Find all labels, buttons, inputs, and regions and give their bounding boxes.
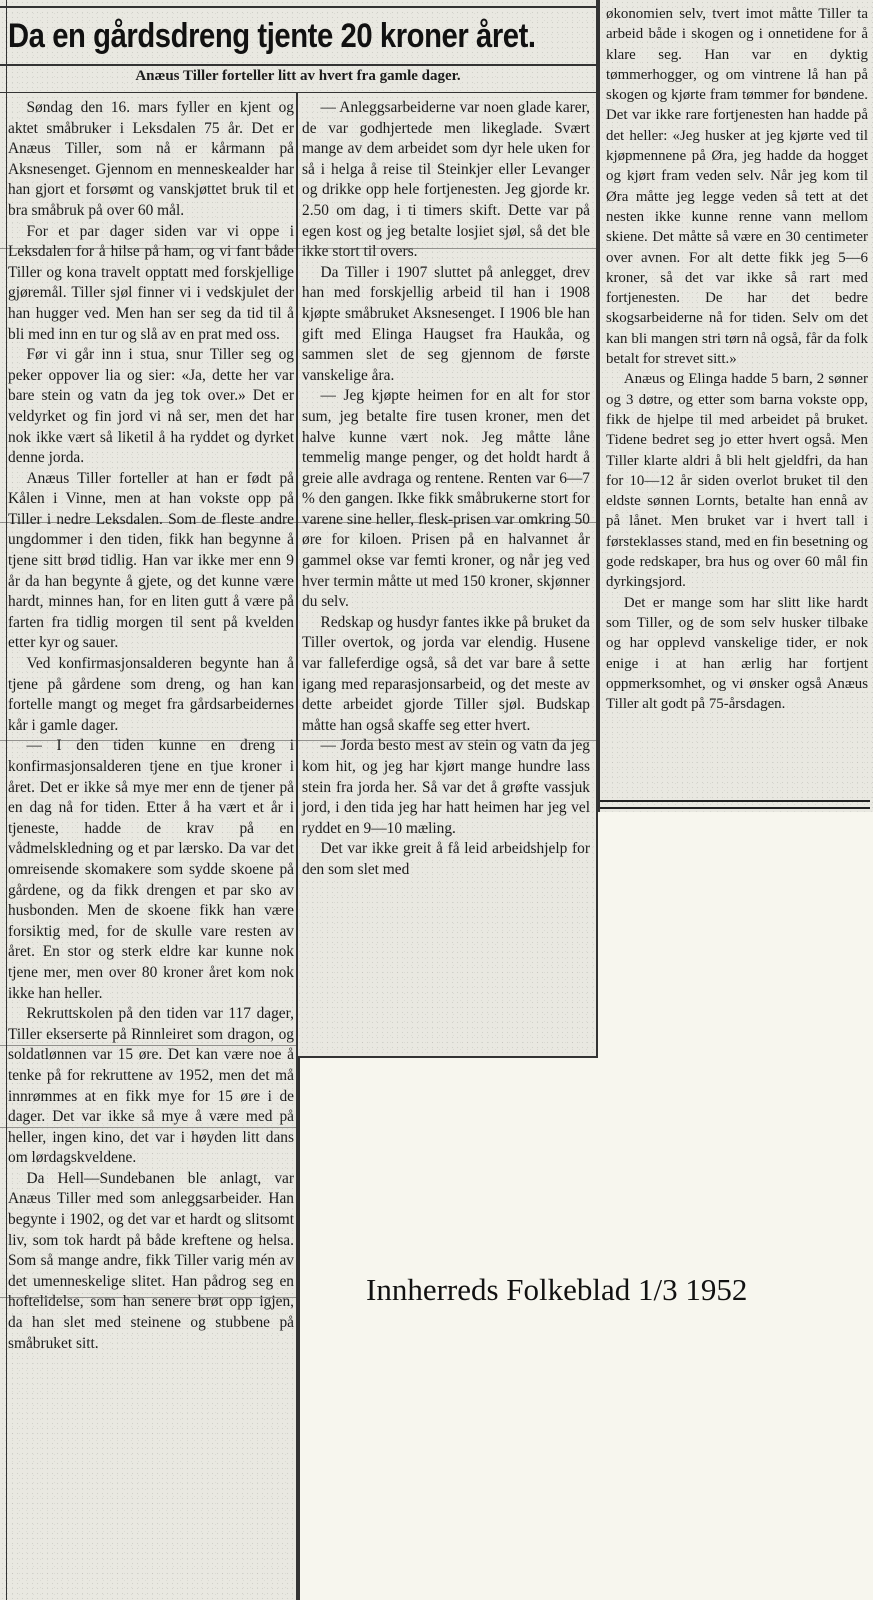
- article-column-1: Søndag den 16. mars fyller en kjent og a…: [8, 98, 294, 1354]
- paragraph: Rekruttskolen på den tiden var 117 dager…: [8, 1004, 294, 1169]
- paragraph: For et par dager siden var vi oppe i Lek…: [8, 222, 294, 346]
- paragraph: — Jorda besto mest av stein og vatn da j…: [302, 736, 590, 839]
- scan-line: [0, 1127, 296, 1128]
- paragraph: Redskap og husdyr fantes ikke på bruket …: [302, 613, 590, 737]
- paragraph: Anæus og Elinga hadde 5 barn, 2 sønner o…: [606, 369, 868, 592]
- paragraph: Søndag den 16. mars fyller en kjent og a…: [8, 98, 294, 222]
- left-border: [6, 0, 7, 1600]
- paragraph: — Jeg kjøpte heimen for en alt for stor …: [302, 386, 590, 613]
- paragraph: Det er mange som har slitt like hardt so…: [606, 593, 868, 715]
- paragraph: Det var ikke greit å få leid arbeidshjel…: [302, 839, 590, 880]
- column-divider-1: [296, 93, 298, 1600]
- scan-line: [0, 522, 596, 523]
- subheadline: Anæus Tiller forteller litt av hvert fra…: [0, 68, 596, 85]
- article-column-3: økonomien selv, tvert imot måtte Tiller …: [606, 4, 868, 714]
- paragraph: Før vi går inn i stua, snur Tiller seg o…: [8, 345, 294, 469]
- paragraph: Da Tiller i 1907 sluttet på anlegget, dr…: [302, 263, 590, 387]
- paragraph: Anæus Tiller forteller at han er født på…: [8, 469, 294, 654]
- paragraph: økonomien selv, tvert imot måtte Tiller …: [606, 4, 868, 369]
- scan-line: [0, 1297, 296, 1298]
- article-end-rule: [600, 800, 870, 809]
- subheadline-rule: [0, 92, 596, 93]
- scan-line: [0, 1045, 296, 1046]
- paragraph: — I den tiden kunne en dreng i konfirmas…: [8, 736, 294, 1004]
- scan-line: [0, 248, 596, 249]
- paragraph: Ved konfirmasjonsalderen begynte han å t…: [8, 654, 294, 736]
- paragraph: Da Hell—Sundebanen ble anlagt, var Anæus…: [8, 1169, 294, 1354]
- article-column-2: — Anleggsarbeiderne var noen glade karer…: [302, 98, 590, 881]
- paragraph: — Anleggsarbeiderne var noen glade karer…: [302, 98, 590, 263]
- headline-bottom-rule: [0, 64, 596, 66]
- scan-line: [0, 740, 596, 741]
- source-caption: Innherreds Folkeblad 1/3 1952: [366, 1272, 747, 1308]
- headline: Da en gårdsdreng tjente 20 kroner året.: [8, 8, 593, 64]
